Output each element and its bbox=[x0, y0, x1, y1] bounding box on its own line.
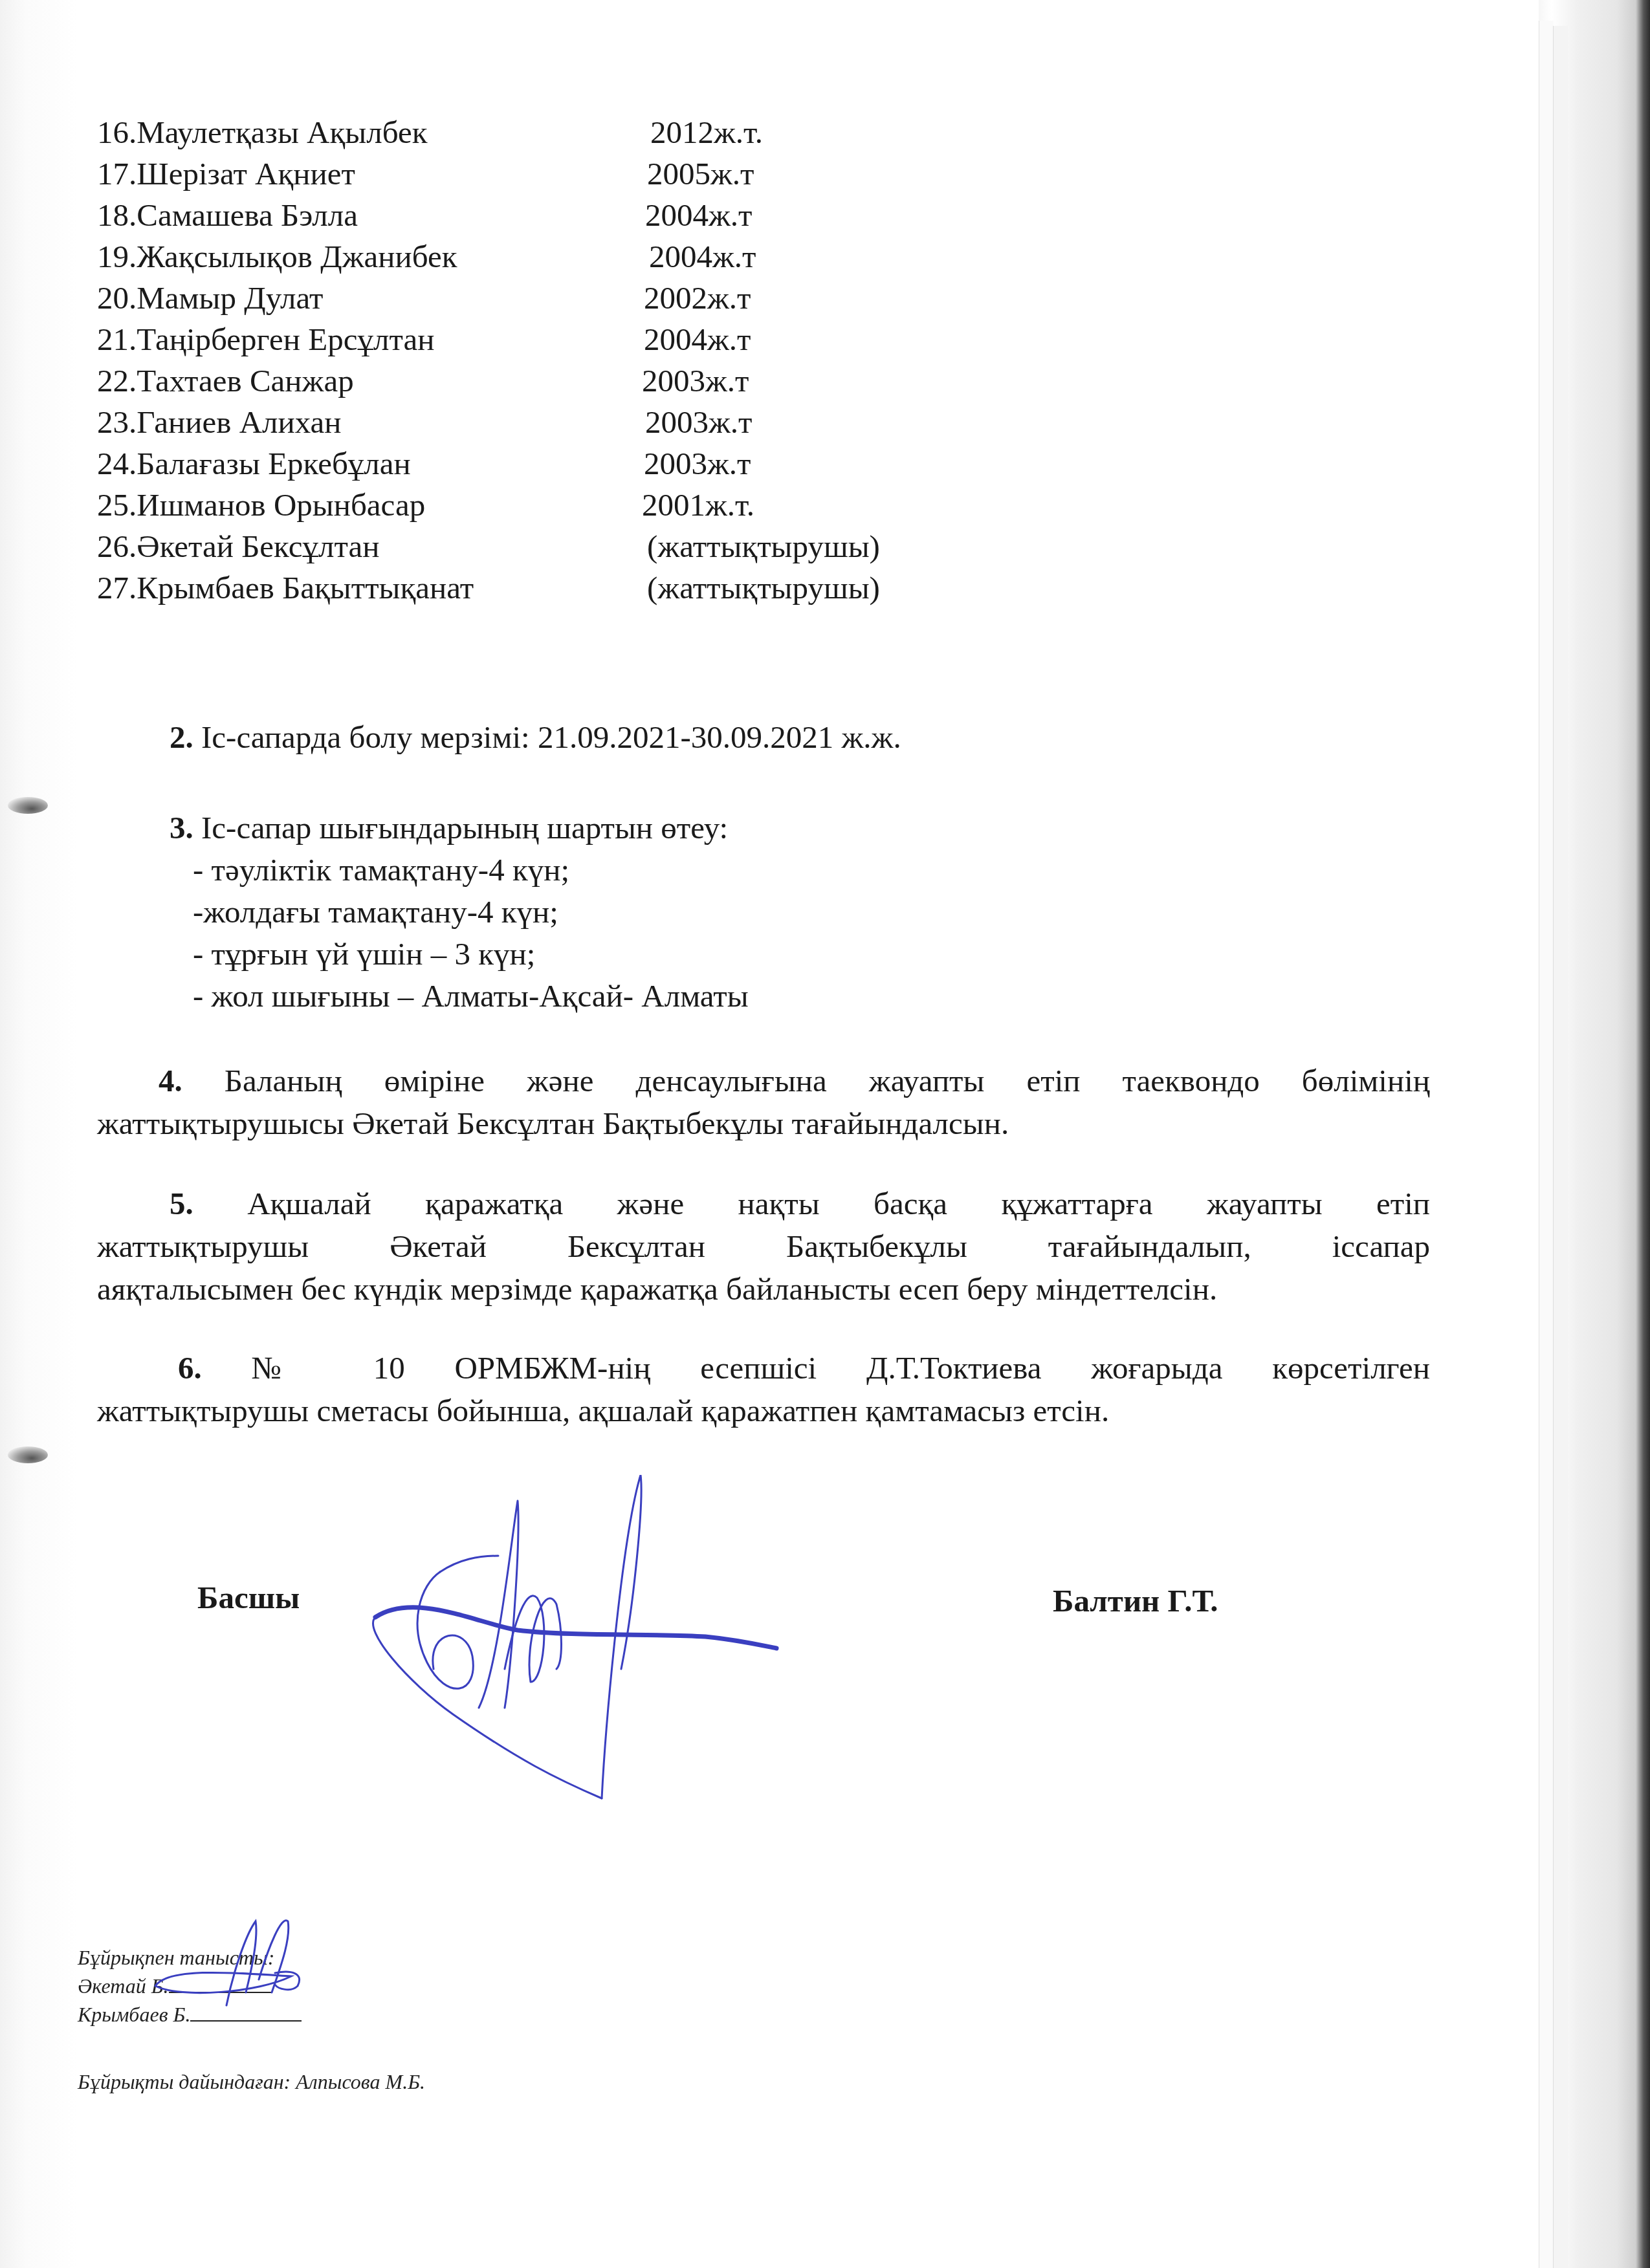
participant-name: 22.Тахтаев Санжар bbox=[97, 365, 354, 397]
participant-year: 2003ж.т bbox=[644, 448, 751, 479]
signature-line bbox=[190, 2020, 302, 2022]
section-6-line: № 10 ОРМБЖМ-нің есепшісі Д.Т.Токтиева жо… bbox=[252, 1350, 1430, 1386]
section-2: 2. Іс-сапарда болу мерзімі: 21.09.2021-3… bbox=[170, 721, 901, 753]
participant-year: 2012ж.т. bbox=[650, 116, 763, 148]
participant-name: 17.Шерізат Ақниет bbox=[97, 158, 355, 190]
punch-hole bbox=[8, 1446, 48, 1463]
participant-year: 2003ж.т bbox=[645, 406, 753, 438]
section-5-line: аяқталысымен бес күндік мерзімде қаражат… bbox=[97, 1268, 1430, 1311]
participant-name: 19.Жақсылықов Джанибек bbox=[97, 241, 457, 272]
section-4: 4. Баланың өміріне және денсаулығына жау… bbox=[97, 1060, 1430, 1145]
section-4-line: жаттықтырушысы Әкетай Бексұлтан Бақтыбек… bbox=[97, 1102, 1430, 1145]
section-number: 6. bbox=[178, 1350, 202, 1386]
participant-role: (жаттықтырушы) bbox=[647, 572, 880, 604]
stacked-pages-edge bbox=[1539, 0, 1650, 2268]
section-6-line: жаттықтырушы сметасы бойынша, ақшалай қа… bbox=[97, 1390, 1430, 1432]
expense-item: -жолдағы тамақтану-4 күн; bbox=[193, 896, 558, 928]
participant-year: 2002ж.т bbox=[644, 282, 751, 314]
expense-item: - тәуліктік тамақтану-4 күн; bbox=[193, 854, 569, 886]
participant-name: 20.Мамыр Дулат bbox=[97, 282, 323, 314]
expenses-heading: Іс-сапар шығындарының шартын өтеу: bbox=[201, 810, 728, 845]
section-4-line: Баланың өміріне және денсаулығына жауапт… bbox=[225, 1063, 1430, 1098]
participant-name: 25.Ишманов Орынбасар bbox=[97, 489, 425, 521]
participant-year: 2005ж.т bbox=[647, 158, 754, 190]
expense-item: - тұрғын үй үшін – 3 күн; bbox=[193, 938, 535, 970]
acknowledgement-signature-icon bbox=[142, 1908, 336, 2012]
section-number: 5. bbox=[170, 1186, 193, 1221]
page-edge bbox=[1553, 26, 1568, 2268]
participant-year: 2004ж.т bbox=[644, 323, 751, 355]
section-number: 4. bbox=[159, 1063, 182, 1098]
punch-hole bbox=[8, 797, 48, 814]
participant-year: 2001ж.т. bbox=[642, 489, 754, 521]
section-5: 5. Ақшалай қаражатқа және нақты басқа құ… bbox=[97, 1183, 1430, 1311]
page-edge bbox=[1539, 21, 1554, 2268]
signatory-role: Басшы bbox=[197, 1582, 300, 1613]
participant-name: 24.Балағазы Еркебұлан bbox=[97, 448, 411, 479]
signatory-name: Балтин Г.Т. bbox=[1053, 1585, 1218, 1617]
participant-name: 16.Маулетқазы Ақылбек bbox=[97, 116, 428, 148]
participant-name: 26.Әкетай Бексұлтан bbox=[97, 530, 379, 562]
section-3-heading: 3. Іс-сапар шығындарының шартын өтеу: bbox=[170, 812, 728, 844]
participant-year: 2003ж.т bbox=[642, 365, 749, 397]
section-5-line: Ақшалай қаражатқа және нақты басқа құжат… bbox=[247, 1186, 1430, 1221]
director-signature-icon bbox=[349, 1475, 932, 1811]
section-number: 2. bbox=[170, 719, 193, 755]
participant-role: (жаттықтырушы) bbox=[647, 530, 880, 562]
trip-period-text: Іс-сапарда болу мерзімі: 21.09.2021-30.0… bbox=[201, 719, 901, 755]
participant-name: 23.Ганиев Алихан bbox=[97, 406, 342, 438]
expense-item: - жол шығыны – Алматы-Ақсай- Алматы bbox=[193, 980, 749, 1012]
participant-year: 2004ж.т bbox=[645, 199, 753, 231]
section-5-line: жаттықтырушы Әкетай Бексұлтан Бақтыбекұл… bbox=[97, 1225, 1430, 1268]
participant-year: 2004ж.т bbox=[649, 241, 756, 272]
section-6: 6. № 10 ОРМБЖМ-нің есепшісі Д.Т.Токтиева… bbox=[97, 1347, 1430, 1432]
section-number: 3. bbox=[170, 810, 193, 845]
participant-name: 18.Самашева Бэлла bbox=[97, 199, 358, 231]
participant-name: 21.Таңірберген Ерсұлтан bbox=[97, 323, 434, 355]
participant-name: 27.Крымбаев Бақыттықанат bbox=[97, 572, 474, 604]
prepared-by: Бұйрықты дайындаған: Алпысова М.Б. bbox=[78, 2070, 425, 2094]
